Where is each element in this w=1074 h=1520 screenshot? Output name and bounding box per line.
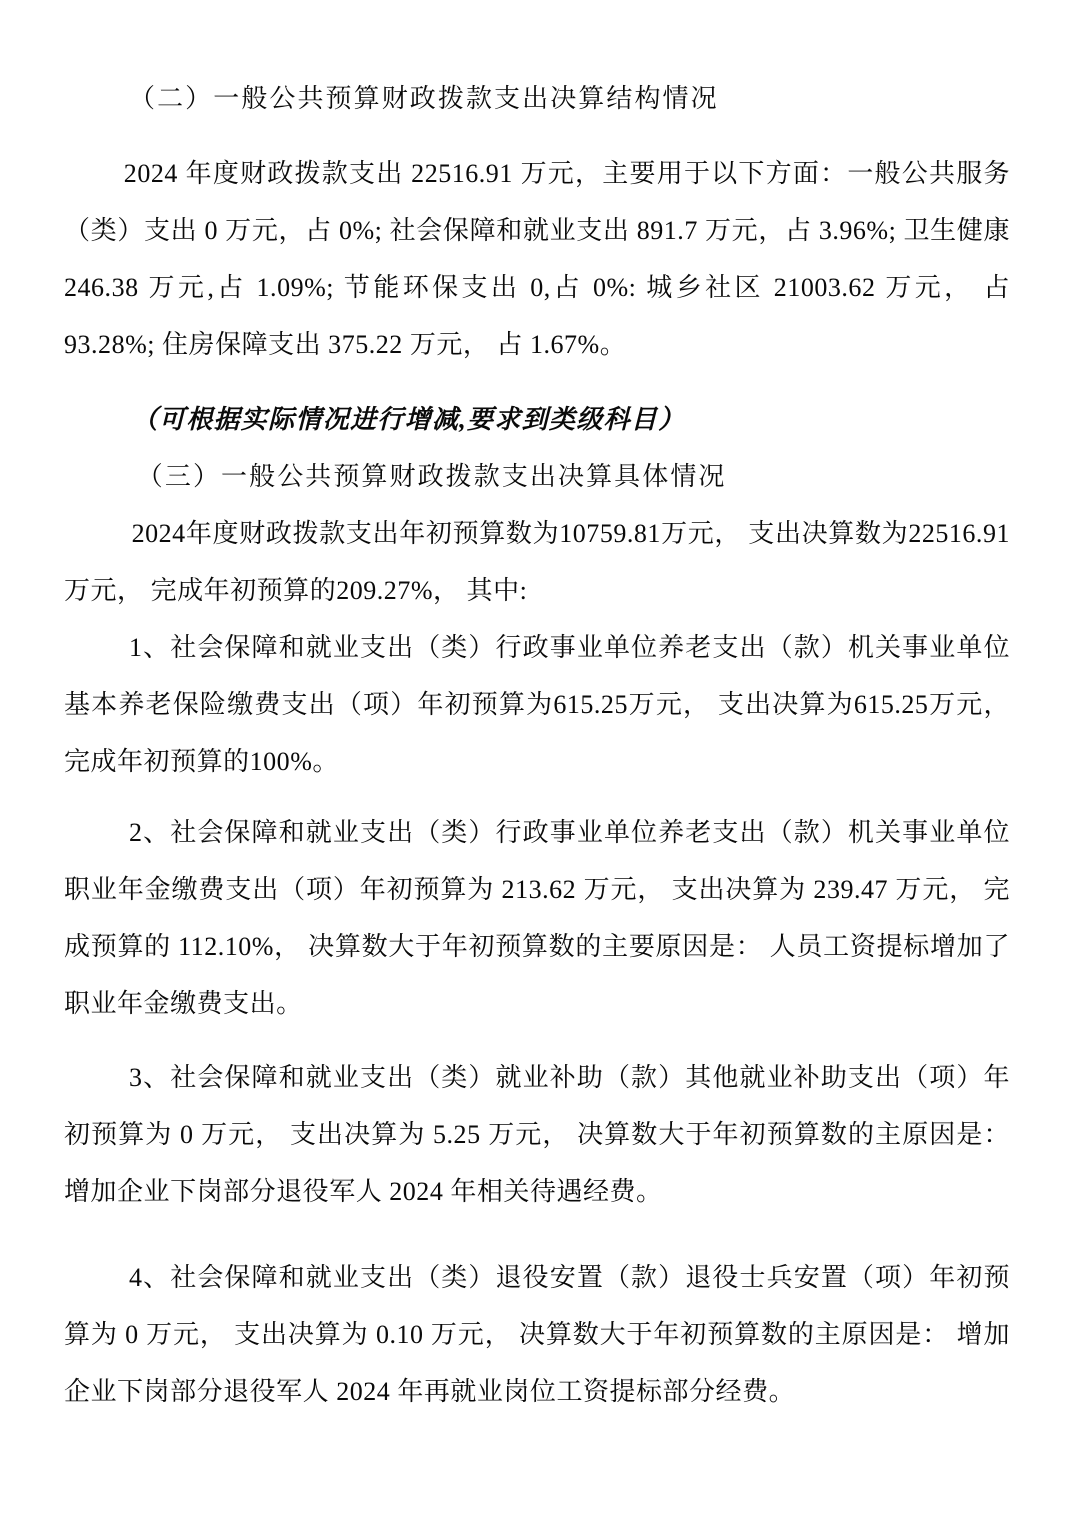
adjustment-note: （可根据实际情况进行增减,要求到类级科目） (64, 391, 1010, 448)
document-page: （二）一般公共预算财政拨款支出决算结构情况 2024 年度财政拨款支出 2251… (0, 0, 1074, 1520)
expenditure-structure-paragraph: 2024 年度财政拨款支出 22516.91 万元，主要用于以下方面：一般公共服… (64, 145, 1010, 373)
item-paragraph-4: 4、社会保障和就业支出（类）退役安置（款）退役士兵安置（项）年初预算为 0 万元… (64, 1249, 1010, 1420)
item-paragraph-2: 2、社会保障和就业支出（类）行政事业单位养老支出（款）机关事业单位职业年金缴费支… (64, 804, 1010, 1032)
budget-summary-paragraph: 2024年度财政拨款支出年初预算数为10759.81万元， 支出决算数为2251… (64, 505, 1010, 619)
section-heading-ii: （二）一般公共预算财政拨款支出决算结构情况 (64, 70, 1010, 127)
section-heading-iii: （三）一般公共预算财政拨款支出决算具体情况 (64, 448, 1010, 505)
item-paragraph-1: 1、社会保障和就业支出（类）行政事业单位养老支出（款）机关事业单位基本养老保险缴… (64, 619, 1010, 790)
item-paragraph-3: 3、社会保障和就业支出（类）就业补助（款）其他就业补助支出（项）年初预算为 0 … (64, 1049, 1010, 1220)
